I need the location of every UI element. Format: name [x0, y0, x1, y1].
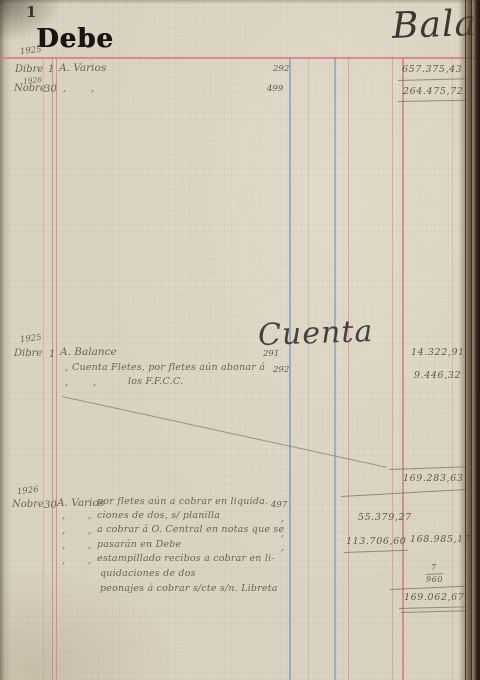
mid-subtotal: 169.283,63: [403, 473, 463, 484]
mid-row2-amount: 9.446,32: [414, 370, 461, 381]
bot-year: 1926: [17, 485, 40, 497]
mid-row3-ditto1: ,: [65, 377, 68, 388]
top-row2-ditto2: ,: [91, 83, 94, 94]
bot-small-numerator: 7: [431, 563, 437, 572]
bot-line5-text: estampillado recibos a cobrar en li-: [97, 553, 275, 564]
bot-line3-folio-ditto: ,: [281, 528, 284, 539]
line-below-subtotal: [341, 489, 468, 497]
rule-pink-c: [402, 57, 404, 680]
underline-top-amount2: [398, 100, 467, 102]
bot-line2-d1: ,: [62, 510, 65, 521]
top-row2-folio: 499: [267, 84, 283, 94]
mid-year: 1925: [20, 333, 43, 345]
page-title-debe: Debe: [36, 24, 114, 54]
ledger-page: 1 Debe Balan 1925 Dibre 1 A. Varios 292 …: [0, 0, 480, 680]
bot-small-denominator: 960: [426, 575, 443, 584]
top-row1-desc: A. Varios: [59, 62, 106, 74]
mid-row1-day: 1: [49, 349, 55, 360]
top-row2-ditto1: ,: [63, 83, 66, 94]
bot-line2-d2: ,: [88, 510, 91, 521]
bot-line2-text: ciones de dos, s/ planilla: [97, 510, 220, 521]
top-row2-amount: 264.475,72: [403, 86, 463, 97]
mid-row1-month: Dibre: [14, 348, 42, 359]
top-row2-month: Nobre: [14, 83, 46, 94]
top-year: 1925: [20, 45, 43, 57]
bot-line1-text: por fletes aún a cobrar en liquida.: [97, 496, 268, 507]
bot-total: 169.062,67: [404, 592, 464, 603]
underline-top-amount1: [398, 78, 467, 81]
mid-row2-desc: Cuenta Fletes, por fletes aún abonar á: [72, 362, 265, 373]
mid-row3-ditto2: ,: [93, 377, 96, 388]
bot-line4-d2: ,: [88, 540, 91, 551]
top-row1-day: 1: [48, 64, 54, 75]
bot-line4-text: pasarán en Debe: [97, 539, 181, 550]
bot-line2-folio-ditto: ,: [281, 513, 284, 524]
bot-amount1: 55.379,27: [358, 512, 412, 523]
rule-blue-2: [334, 57, 336, 680]
underline-bot-amount2: [344, 550, 408, 553]
rule-pink-a: [348, 57, 349, 680]
bot-line3-d2: ,: [88, 525, 91, 536]
bot-line4-folio-ditto: ,: [281, 542, 284, 553]
bot-line3-text: a cobrar á O. Central en notas que se: [97, 524, 284, 535]
bot-month: Nobre: [12, 499, 44, 510]
total-double-underline-1: [399, 606, 467, 609]
top-row1-month: Dibre: [15, 64, 43, 75]
paper-grid-texture: [0, 0, 480, 680]
top-row1-folio: 292: [273, 64, 289, 74]
rule-margin-double-1: [52, 57, 53, 680]
mid-row1-folio: 291: [263, 349, 279, 359]
account-title-cuenta: Cuenta: [257, 314, 373, 353]
bot-line1-folio: 497: [271, 500, 287, 510]
top-row2-day: 30: [44, 84, 57, 95]
header-rule: [0, 57, 480, 59]
bot-line3-d1: ,: [62, 525, 65, 536]
bot-line5-d1: ,: [62, 555, 65, 566]
mid-row1-amount: 14.322,91: [411, 347, 465, 358]
mid-row3-desc: los F.F.C.C.: [128, 376, 183, 387]
rule-faint-blue: [308, 57, 309, 680]
rule-day-left: [43, 57, 44, 680]
bot-line6-text: quidaciones de dos: [100, 568, 196, 579]
mid-row2-folio: 292: [273, 365, 289, 375]
bot-line5-d2: ,: [88, 555, 91, 566]
top-row1-amount: 657.375,43: [402, 64, 462, 75]
bot-line7-text: peonajes á cobrar s/cte s/n. Libreta: [100, 583, 278, 594]
closing-diagonal-line: [62, 396, 387, 468]
mid-row1-desc: A. Balance: [60, 346, 117, 358]
rule-folio-blue: [289, 57, 291, 680]
mid-row2-ditto: ,: [65, 362, 68, 373]
page-number: 1: [26, 3, 36, 21]
rule-pink-b: [392, 57, 393, 680]
bot-day: 30: [44, 500, 57, 511]
bot-line4-d1: ,: [62, 540, 65, 551]
book-right-edge: [458, 0, 480, 680]
rule-margin-double-2: [56, 57, 57, 680]
bot-amount2: 113.706,60: [346, 536, 406, 547]
line-above-subtotal: [389, 466, 467, 470]
